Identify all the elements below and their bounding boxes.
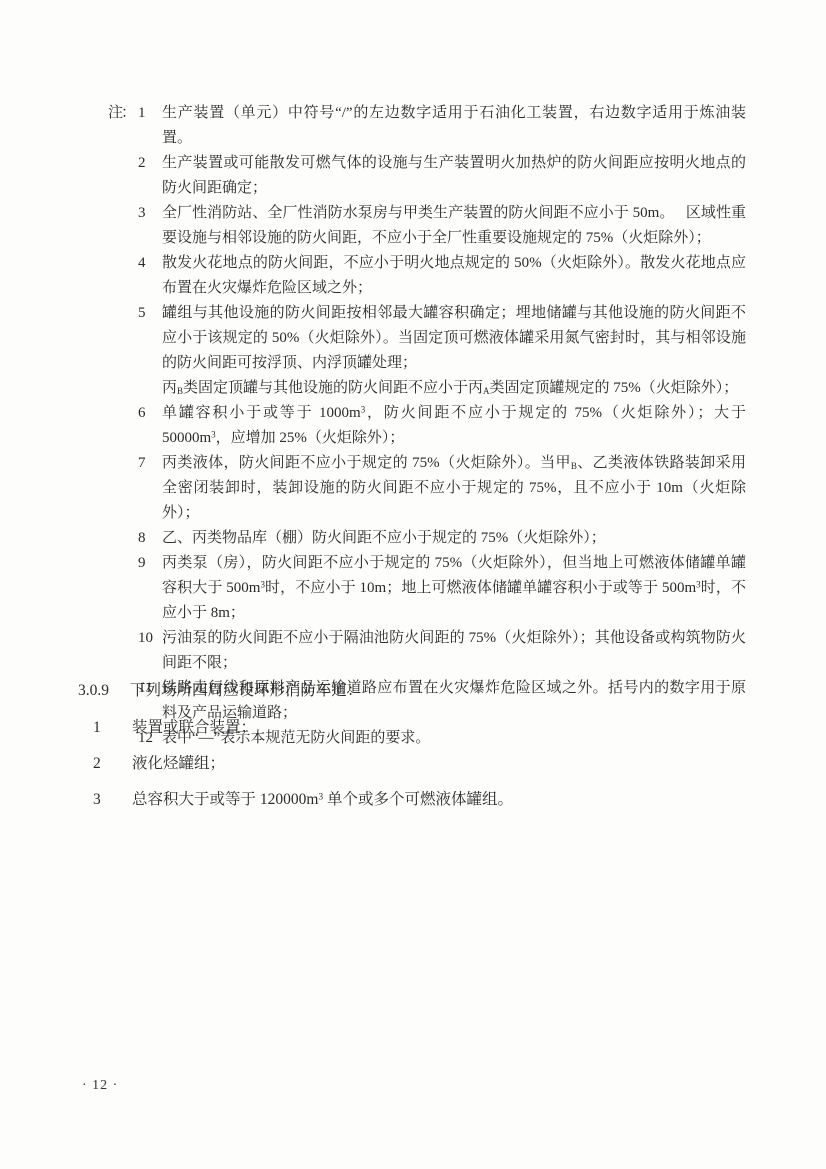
note-text: 丙类泵（房），防火间距不应小于规定的 75%（火炬除外），但当地上可燃液体储罐单… (162, 551, 746, 626)
note-number: 3 (138, 201, 162, 226)
clause-item-text: 装置或联合装置； (132, 716, 748, 740)
note-item: 9 丙类泵（房），防火间距不应小于规定的 75%（火炬除外），但当地上可燃液体储… (108, 551, 746, 626)
note-item: 8 乙、丙类物品库（棚）防火间距不应小于规定的 75%（火炬除外）； (108, 526, 746, 551)
note-item: 4 散发火花地点的防火间距，不应小于明火地点规定的 50%（火炬除外）。散发火花… (108, 251, 746, 301)
note-text: 生产装置或可能散发可燃气体的设施与生产装置明火加热炉的防火间距应按明火地点的防火… (162, 151, 746, 201)
clause-title: 下列场所四周应设环形消防车道： (130, 678, 363, 703)
clause-item: 1 装置或联合装置； (93, 716, 748, 740)
page-number: · 12 · (82, 1078, 118, 1094)
note-number: 9 (138, 551, 162, 576)
note-number: 6 (138, 401, 162, 426)
note-item: 10 污油泵的防火间距不应小于隔油池防火间距的 75%（火炬除外）；其他设备或构… (108, 626, 746, 676)
note-number: 2 (138, 151, 162, 176)
note-number: 10 (138, 626, 162, 651)
note-text: 乙、丙类物品库（棚）防火间距不应小于规定的 75%（火炬除外）； (162, 526, 746, 551)
note-text-paragraph: 罐组与其他设施的防火间距按相邻最大罐容积确定；埋地储罐与其他设施的防火间距不应小… (162, 301, 746, 376)
note-text: 散发火花地点的防火间距，不应小于明火地点规定的 50%（火炬除外）。散发火花地点… (162, 251, 746, 301)
clause-item: 3 总容积大于或等于 120000m3 单个或多个可燃液体罐组。 (93, 788, 748, 812)
document-page: 注： 1 生产装置（单元）中符号“/”的左边数字适用于石油化工装置，右边数字适用… (0, 0, 826, 1169)
note-item: 3 全厂性消防站、全厂性消防水泵房与甲类生产装置的防火间距不应小于 50m。 区… (108, 201, 746, 251)
note-item: 6 单罐容积小于或等于 1000m3，防火间距不应小于规定的 75%（火炬除外）… (108, 401, 746, 451)
note-text: 全厂性消防站、全厂性消防水泵房与甲类生产装置的防火间距不应小于 50m。 区域性… (162, 201, 746, 251)
notes-label: 注： (108, 101, 138, 126)
clause-item-list: 1 装置或联合装置； 2 液化烃罐组； 3 总容积大于或等于 120000m3 … (93, 716, 748, 824)
clause-item-number: 2 (93, 752, 132, 776)
notes-block: 注： 1 生产装置（单元）中符号“/”的左边数字适用于石油化工装置，右边数字适用… (108, 101, 746, 751)
clause-3-0-9-heading: 3.0.9 下列场所四周应设环形消防车道： (78, 678, 748, 703)
note-number: 4 (138, 251, 162, 276)
clause-item: 2 液化烃罐组； (93, 752, 748, 776)
clause-item-number: 1 (93, 716, 132, 740)
note-number: 7 (138, 451, 162, 476)
clause-item-text: 总容积大于或等于 120000m3 单个或多个可燃液体罐组。 (132, 788, 748, 812)
note-item: 5 罐组与其他设施的防火间距按相邻最大罐容积确定；埋地储罐与其他设施的防火间距不… (108, 301, 746, 401)
note-number: 1 (138, 101, 162, 126)
note-text: 污油泵的防火间距不应小于隔油池防火间距的 75%（火炬除外）；其他设备或构筑物防… (162, 626, 746, 676)
note-number: 5 (138, 301, 162, 326)
clause-item-number: 3 (93, 788, 132, 812)
note-text: 生产装置（单元）中符号“/”的左边数字适用于石油化工装置，右边数字适用于炼油装置… (162, 101, 746, 151)
note-item: 2 生产装置或可能散发可燃气体的设施与生产装置明火加热炉的防火间距应按明火地点的… (108, 151, 746, 201)
clause-number: 3.0.9 (78, 678, 130, 703)
note-text: 单罐容积小于或等于 1000m3，防火间距不应小于规定的 75%（火炬除外）；大… (162, 401, 746, 451)
note-text: 罐组与其他设施的防火间距按相邻最大罐容积确定；埋地储罐与其他设施的防火间距不应小… (162, 301, 746, 401)
note-item: 注： 1 生产装置（单元）中符号“/”的左边数字适用于石油化工装置，右边数字适用… (108, 101, 746, 151)
note-text-subparagraph: 丙B类固定顶罐与其他设施的防火间距不应小于丙A类固定顶罐规定的 75%（火炬除外… (162, 376, 746, 401)
note-text: 丙类液体，防火间距不应小于规定的 75%（火炬除外）。当甲B、乙类液体铁路装卸采… (162, 451, 746, 526)
note-item: 7 丙类液体，防火间距不应小于规定的 75%（火炬除外）。当甲B、乙类液体铁路装… (108, 451, 746, 526)
note-number: 8 (138, 526, 162, 551)
clause-item-text: 液化烃罐组； (132, 752, 748, 776)
